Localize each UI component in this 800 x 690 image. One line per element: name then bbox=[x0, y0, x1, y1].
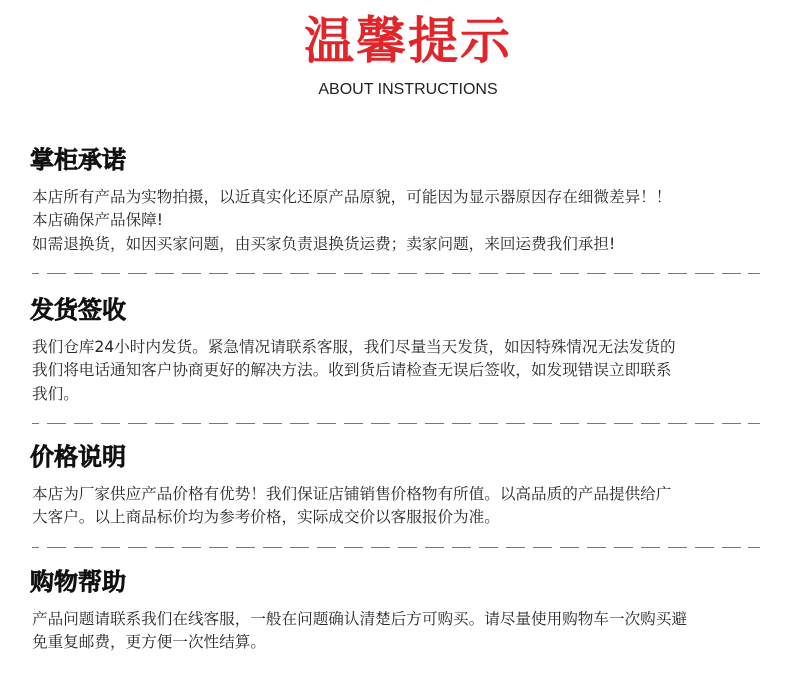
section-heading: 价格说明 bbox=[30, 443, 770, 471]
body-line: 本店确保产品保障! bbox=[32, 209, 750, 232]
section-heading: 购物帮助 bbox=[30, 568, 770, 596]
section-seller-promise: 掌柜承诺 本店所有产品为实物拍摄，以近真实化还原产品原貌，可能因为显示器原因存在… bbox=[30, 146, 770, 256]
section-body: 我们仓库24小时内发货。紧急情况请联系客服，我们尽量当天发货，如因特殊情况无法发… bbox=[30, 336, 750, 406]
dashed-divider bbox=[32, 273, 760, 274]
body-line: 产品问题请联系我们在线客服，一般在问题确认清楚后方可购买。请尽量使用购物车一次购… bbox=[32, 608, 750, 631]
body-line: 我们仓库24小时内发货。紧急情况请联系客服，我们尽量当天发货，如因特殊情况无法发… bbox=[32, 336, 750, 359]
body-line: 大客户。以上商品标价均为参考价格，实际成交价以客服报价为准。 bbox=[32, 506, 750, 529]
page-subtitle: ABOUT INSTRUCTIONS bbox=[0, 80, 800, 100]
dashed-divider bbox=[32, 423, 760, 424]
section-body: 本店为厂家供应产品价格有优势！我们保证店铺销售价格物有所值。以高品质的产品提供给… bbox=[30, 483, 750, 530]
section-body: 本店所有产品为实物拍摄，以近真实化还原产品原貌，可能因为显示器原因存在细微差异！… bbox=[30, 186, 750, 256]
body-line: 我们。 bbox=[32, 383, 750, 406]
section-heading: 发货签收 bbox=[30, 296, 770, 324]
page-title: 温馨提示 bbox=[0, 12, 800, 70]
section-body: 产品问题请联系我们在线客服，一般在问题确认清楚后方可购买。请尽量使用购物车一次购… bbox=[30, 608, 750, 655]
dashed-divider bbox=[32, 547, 760, 548]
body-line: 本店为厂家供应产品价格有优势！我们保证店铺销售价格物有所值。以高品质的产品提供给… bbox=[32, 483, 750, 506]
section-heading: 掌柜承诺 bbox=[30, 146, 770, 174]
section-price-notes: 价格说明 本店为厂家供应产品价格有优势！我们保证店铺销售价格物有所值。以高品质的… bbox=[30, 443, 770, 530]
body-line: 免重复邮费，更方便一次性结算。 bbox=[32, 631, 750, 654]
body-line: 本店所有产品为实物拍摄，以近真实化还原产品原貌，可能因为显示器原因存在细微差异！… bbox=[32, 186, 750, 209]
body-line: 如需退换货，如因买家问题，由买家负责退换货运费；卖家问题，来回运费我们承担! bbox=[32, 233, 750, 256]
body-line: 我们将电话通知客户协商更好的解决方法。收到货后请检查无误后签收，如发现错误立即联… bbox=[32, 359, 750, 382]
section-shipping-receipt: 发货签收 我们仓库24小时内发货。紧急情况请联系客服，我们尽量当天发货，如因特殊… bbox=[30, 296, 770, 406]
section-shopping-help: 购物帮助 产品问题请联系我们在线客服，一般在问题确认清楚后方可购买。请尽量使用购… bbox=[30, 568, 770, 655]
